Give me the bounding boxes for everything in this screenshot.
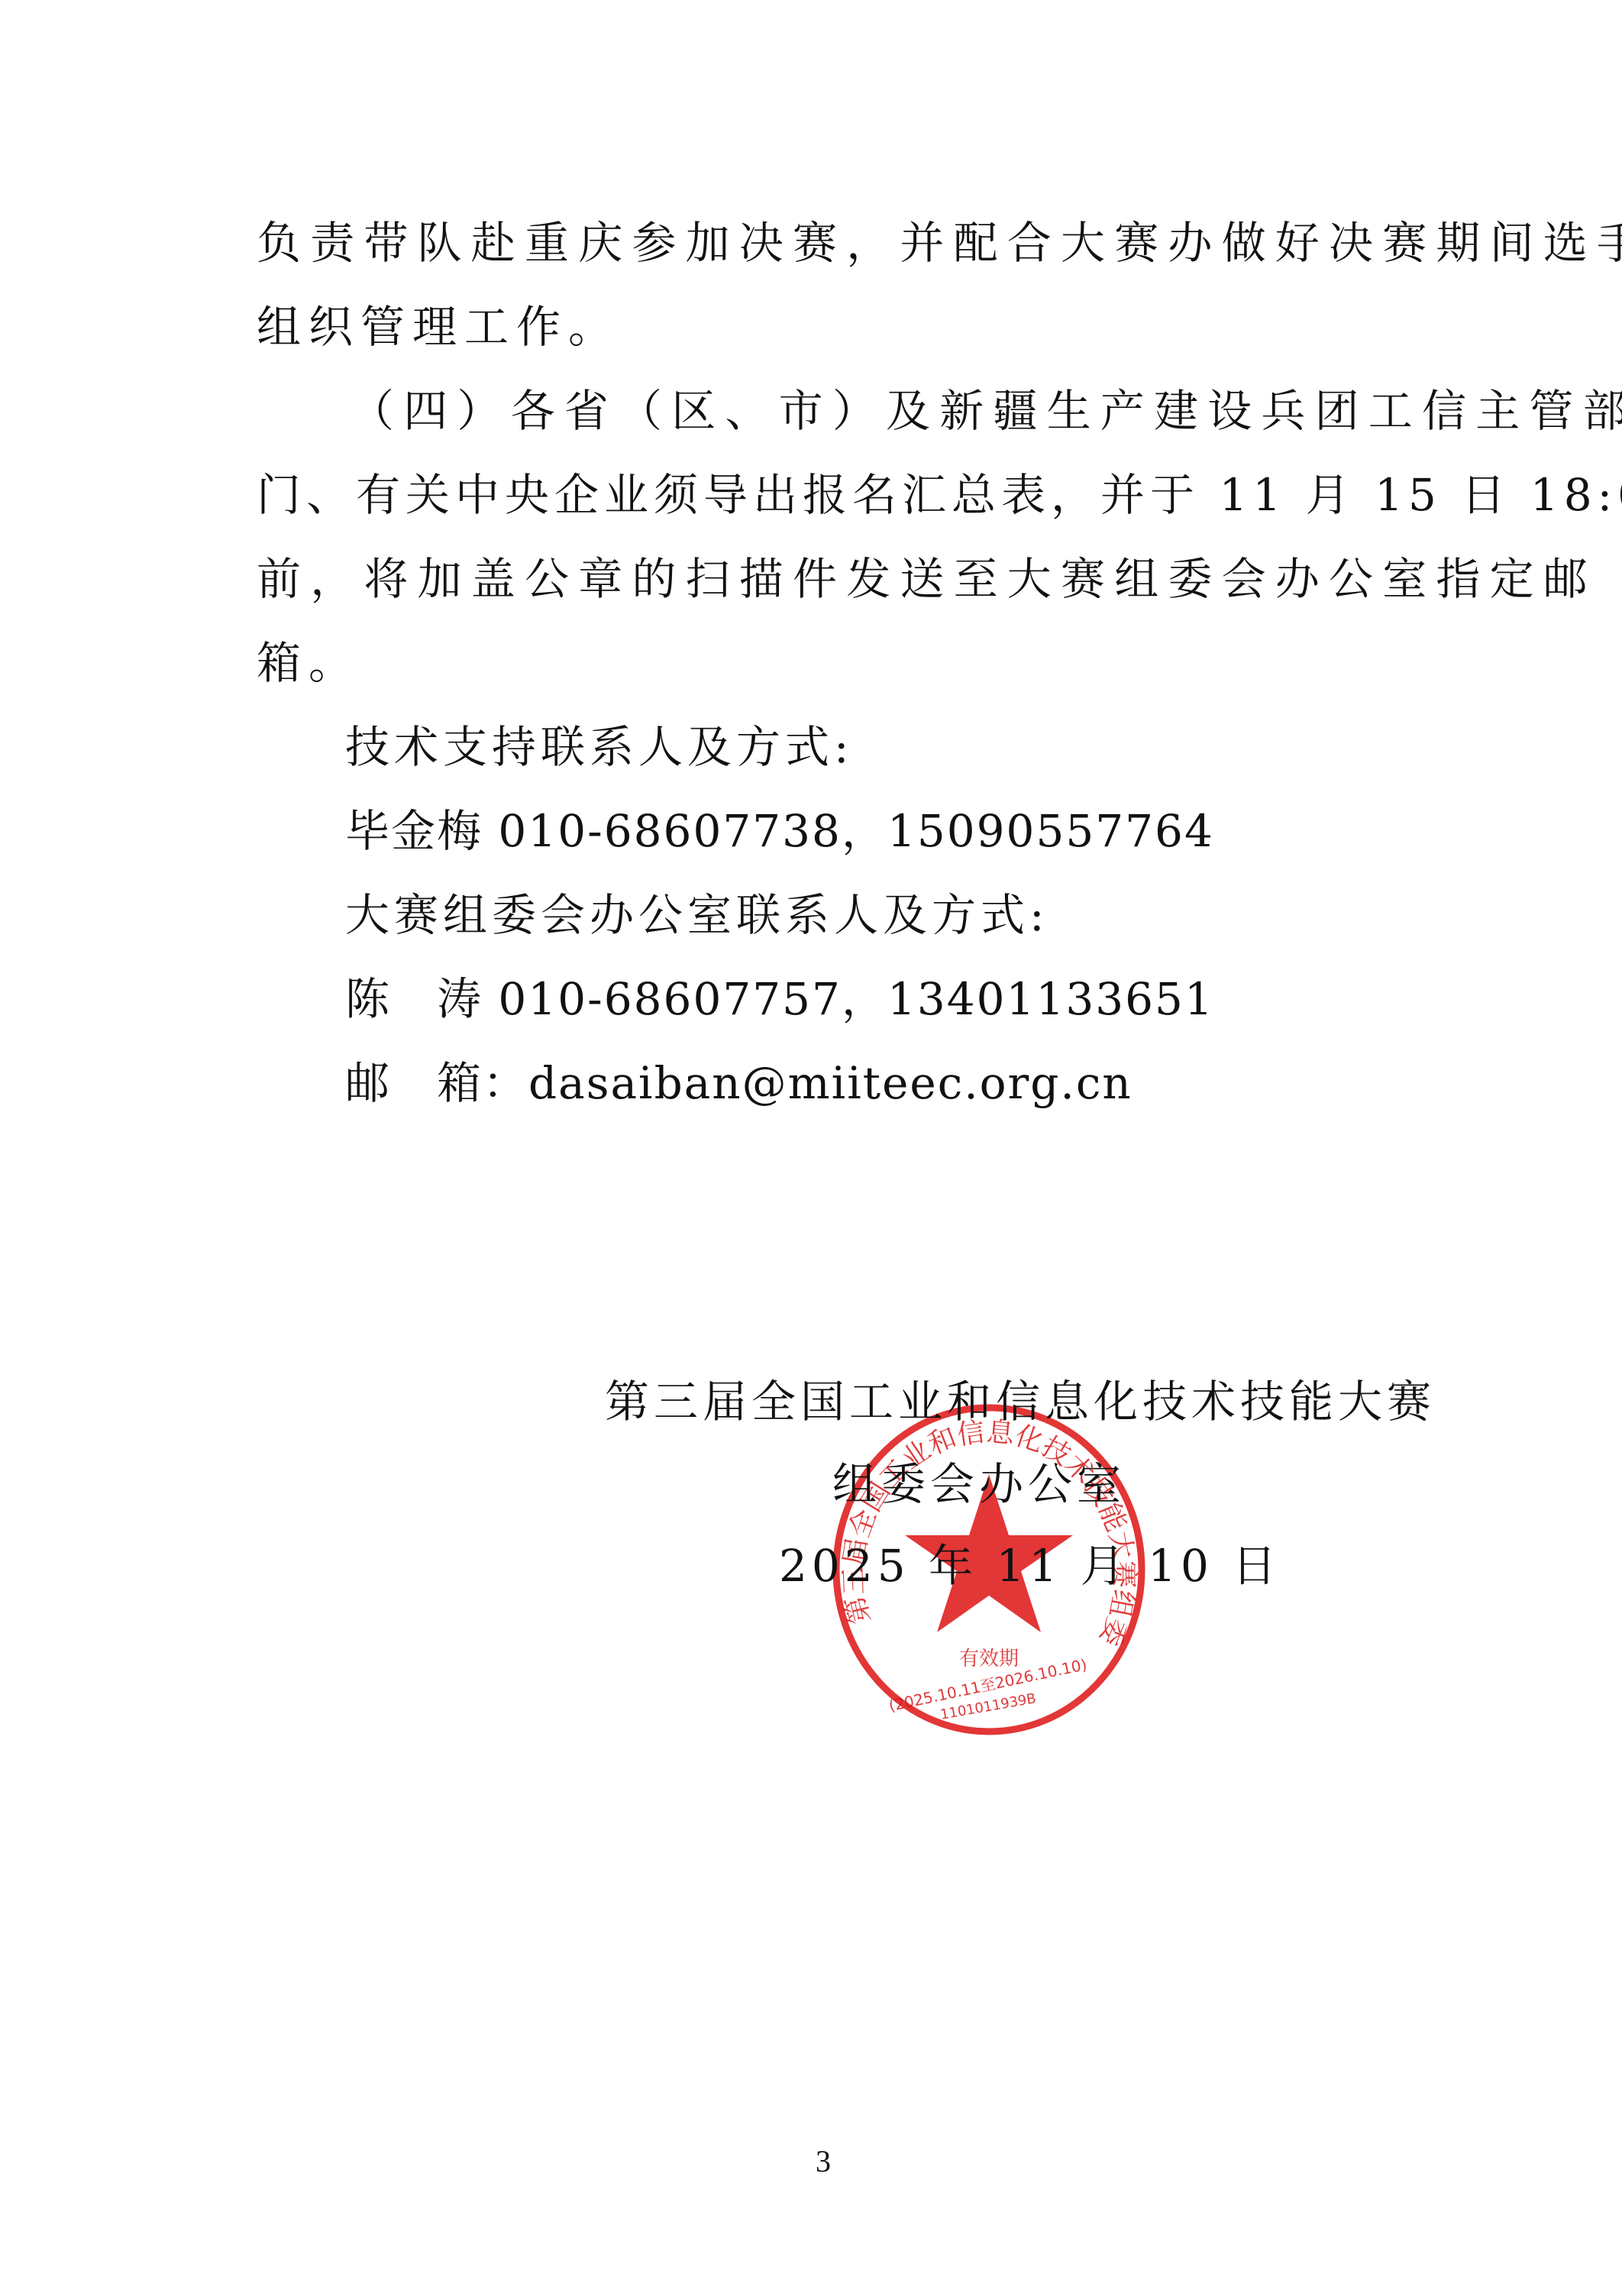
paragraph-line: 箱。 [257,636,360,690]
tech-support-contact: 毕金梅 010-68607738，15090557764 [345,804,1214,858]
office-email[interactable]: 邮 箱：dasaiban@miiteec.org.cn [345,1056,1132,1110]
office-contact: 陈 涛 010-68607757，13401133651 [345,972,1214,1026]
paragraph-line: 门、有关中央企业须导出报名汇总表，并于 11 月 15 日 18:00 [257,468,1622,522]
signature-org-line1: 第三届全国工业和信息化技术技能大赛 [605,1375,1436,1428]
svg-text:第三届全国工业和信息化技术技能大赛组委会: 第三届全国工业和信息化技术技能大赛组委会 [829,1402,1139,1650]
signature-org-line2: 组委会办公室 [832,1457,1126,1511]
svg-text:1101011939B: 1101011939B [939,1690,1038,1723]
svg-text:(2025.10.11至2026.10.10): (2025.10.11至2026.10.10) [887,1655,1089,1715]
paragraph-line: 组织管理工作。 [257,300,620,354]
tech-support-heading: 技术支持联系人及方式: [345,720,854,774]
paragraph-line: （四）各省（区、市）及新疆生产建设兵团工信主管部 [350,384,1622,438]
paragraph-line: 负责带队赴重庆参加决赛，并配合大赛办做好决赛期间选手 [257,216,1622,270]
signature-date: 2025 年 11 月 10 日 [779,1539,1281,1593]
page-number: 3 [816,2143,831,2179]
paragraph-line: 前，将加盖公章的扫描件发送至大赛组委会办公室指定邮 [257,552,1597,606]
svg-text:有效期: 有效期 [959,1648,1019,1670]
office-contact-heading: 大赛组委会办公室联系人及方式: [345,888,1049,942]
